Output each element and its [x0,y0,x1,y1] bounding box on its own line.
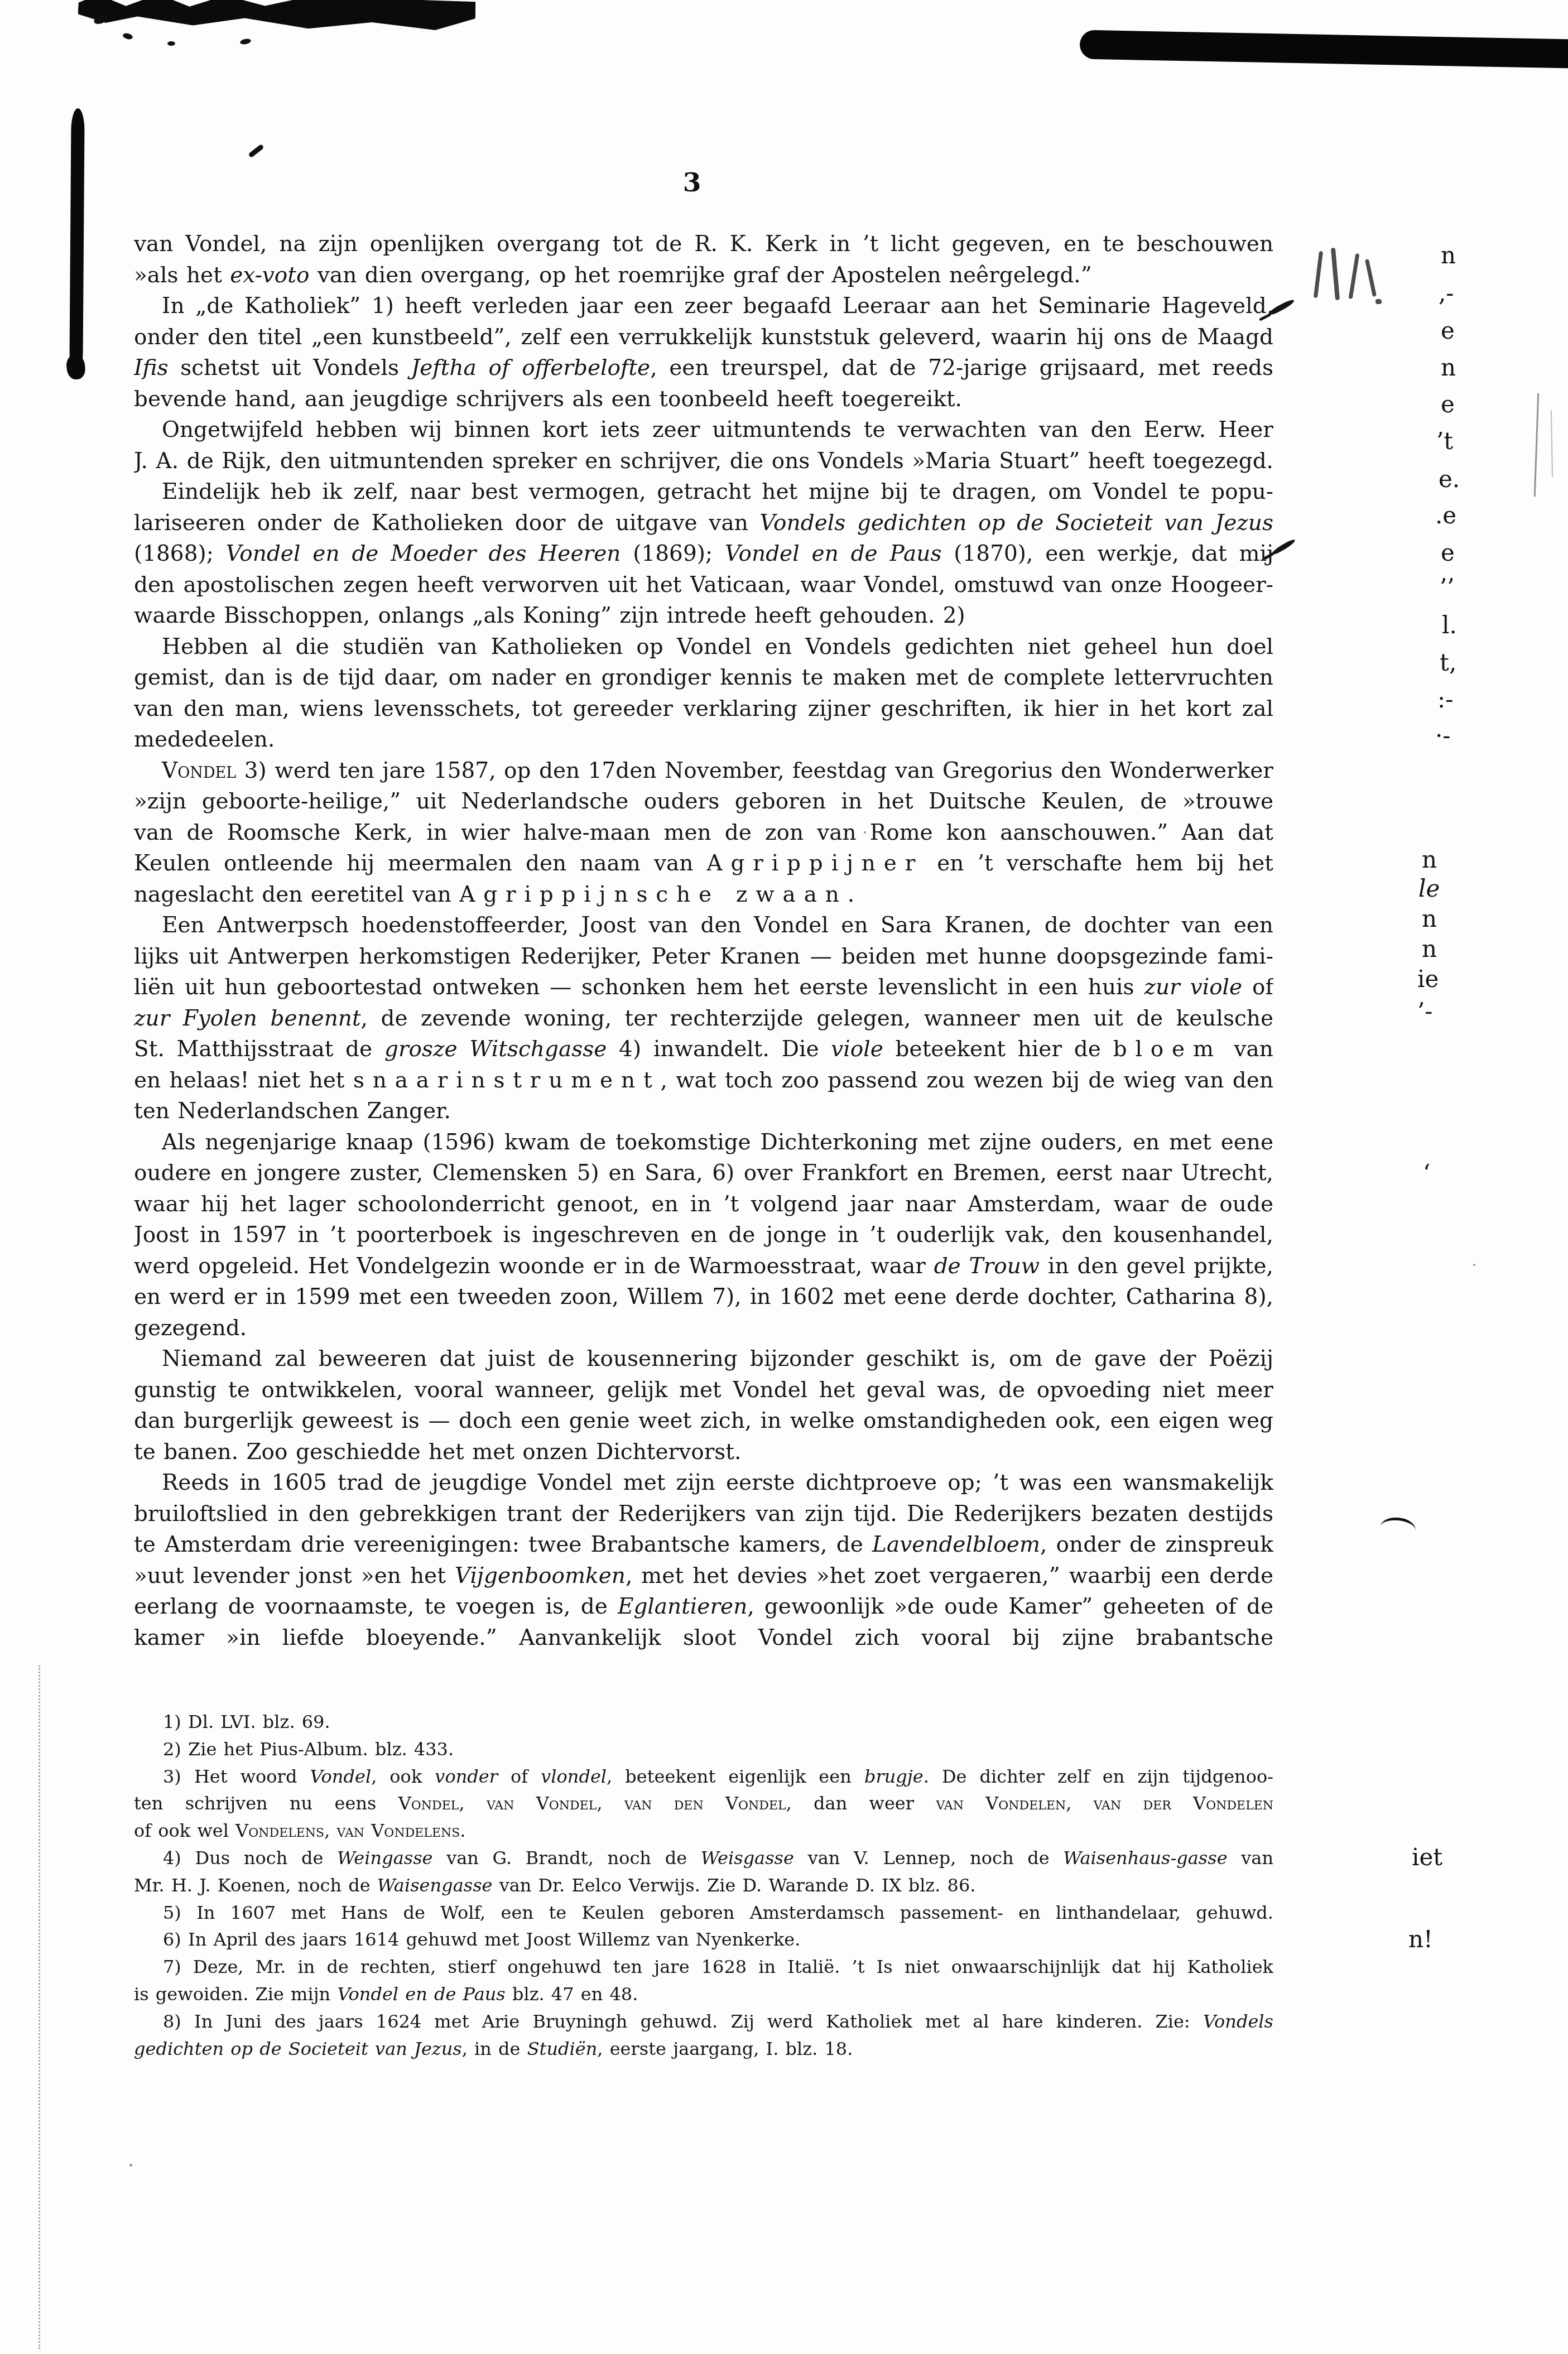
facing-page-text-fragment: n [1441,356,1456,379]
scan-black-bar-top-right [1080,30,1568,69]
facing-page-text-fragment: .e [1435,504,1456,527]
body-line: van de Roomsche Kerk, in wier halve-maan… [134,817,1273,849]
facing-page-text-fragment: ’’ [1440,576,1455,599]
facing-page-text-fragment: e. [1439,468,1460,491]
scan-ink-streak-top-left [78,0,475,35]
body-line: mededeelen. [134,724,1273,755]
facing-page-text-fragment: ,- [1439,282,1454,305]
body-line: dan burgerlijk geweest is — doch een gen… [134,1405,1273,1437]
body-line: onder den titel „een kunstbeeld”, zelf e… [134,322,1273,353]
facing-page-text-fragment: n [1422,937,1437,961]
body-line: kamer »in liefde bloeyende.” Aanvankelij… [134,1623,1273,1654]
body-line: zur Fyolen benennt, de zevende woning, t… [134,1003,1273,1034]
body-line: te banen. Zoo geschiedde het met onzen D… [134,1437,1273,1468]
scan-black-bar-left [69,108,84,375]
ink-blob [167,41,175,46]
body-line: Eindelijk heb ik zelf, naar best vermoge… [134,476,1273,508]
body-line: J. A. de Rijk, den uitmuntenden spreker … [134,446,1273,477]
pen-mark-top [248,144,264,158]
ink-speck [129,2164,132,2167]
body-line: werd opgeleid. Het Vondelgezin woonde er… [134,1251,1273,1282]
footnote-line: 6) In April des jaars 1614 gehuwd met Jo… [134,1926,1273,1953]
facing-page-text-fragment: ie [1417,967,1439,991]
facing-page-text-fragment: :- [1437,688,1453,711]
body-line: oudere en jongere zuster, Clemensken 5) … [134,1158,1273,1189]
footnote-line: 7) Deze, Mr. in de rechten, stierf ongeh… [134,1953,1273,1981]
body-line: Ifis schetst uit Vondels Jeftha of offer… [134,353,1273,384]
body-line: »zijn geboorte-heilige,” uit Nederlandsc… [134,786,1273,817]
scan-scratch [1534,393,1539,497]
body-line: Vondel 3) werd ten jare 1587, op den 17d… [134,755,1273,787]
body-line: Een Antwerpsch hoedenstoffeerder, Joost … [134,910,1273,941]
body-line: bevende hand, aan jeugdige schrijvers al… [134,384,1273,415]
facing-page-text-fragment: e [1441,393,1455,416]
page-number: 3 [134,167,1250,198]
body-line: ten Nederlandschen Zanger. [134,1096,1273,1127]
body-line: lijks uit Antwerpen herkomstigen Rederij… [134,941,1273,973]
facing-page-text-fragment: ‘ [1423,1162,1430,1185]
footnote-line: ten schrijven nu eens Vondel, van Vondel… [134,1790,1273,1817]
pen-wave-mark [1380,1516,1417,1532]
facing-page-text-fragment: ·- [1435,724,1451,748]
body-line: (1868); Vondel en de Moeder des Heeren (… [134,538,1273,570]
footnotes: 1) Dl. LVI. blz. 69.2) Zie het Pius-Albu… [134,1708,1273,2062]
ink-speck [1473,1264,1475,1266]
facing-page-text-fragment: ’- [1417,1000,1433,1023]
facing-page-text-fragment: e [1441,541,1455,565]
body-line: van den man, wiens levensschets, tot ger… [134,694,1273,725]
facing-page-text-fragment: n [1422,907,1437,931]
body-line: van Vondel, na zijn openlijken overgang … [134,229,1273,260]
pen-flourish-right-2 [1271,538,1296,556]
body-line: waar hij het lager schoolonderricht geno… [134,1189,1273,1220]
body-line: Keulen ontleende hij meermalen den naam … [134,848,1273,879]
body-line: gezegend. [134,1313,1273,1344]
footnote-line: 1) Dl. LVI. blz. 69. [134,1708,1273,1736]
footnote-line: 5) In 1607 met Hans de Wolf, een te Keul… [134,1899,1273,1927]
body-line: Als negenjarige knaap (1596) kwam de toe… [134,1127,1273,1158]
scan-dotted-edge [39,1665,40,2349]
facing-page-text-fragment: n [1441,244,1456,267]
body-line: en werd er in 1599 met een tweeden zoon,… [134,1282,1273,1313]
facing-page-text-fragment: t, [1440,651,1456,675]
footnote-line: is gewoiden. Zie mijn Vondel en de Paus … [134,1981,1273,2008]
body-line: Joost in 1597 in ’t poorterboek is inges… [134,1220,1273,1251]
scanned-book-page: 3 van Vondel, na zijn openlijken overgan… [0,0,1568,2354]
ink-blob [122,32,133,40]
footnote-line: Mr. H. J. Koenen, noch de Waisengasse va… [134,1872,1273,1899]
body-line: In „de Katholiek” 1) heeft verleden jaar… [134,291,1273,322]
scan-scratch [1551,410,1553,477]
footnote-line: 8) In Juni des jaars 1624 met Arie Bruyn… [134,2008,1273,2035]
facing-page-text-fragment: n! [1408,1928,1433,1951]
body-line: gemist, dan is de tijd daar, om nader en… [134,662,1273,694]
body-line: Niemand zal beweeren dat juist de kousen… [134,1344,1273,1375]
body-line: waarde Bisschoppen, onlangs „als Koning”… [134,600,1273,632]
body-line: »als het ex-voto van dien overgang, op h… [134,260,1273,291]
ink-blob [239,38,251,45]
footnote-line: 4) Dus noch de Weingasse van G. Brandt, … [134,1845,1273,1872]
facing-page-text-fragment: l. [1442,614,1457,637]
footnote-line: 2) Zie het Pius-Album. blz. 433. [134,1736,1273,1763]
body-line: Hebben al die studiën van Katholieken op… [134,632,1273,663]
body-line: St. Matthijsstraat de grosze Witschgasse… [134,1034,1273,1065]
body-line: »uut levender jonst »en het Vijgenboomke… [134,1561,1273,1592]
pencil-scribble [1309,245,1398,307]
body-text: van Vondel, na zijn openlijken overgang … [134,229,1273,1653]
footnote-line: 3) Het woord Vondel, ook vonder of vlond… [134,1763,1273,1790]
footnote-line: of ook wel Vondelens, van Vondelens. [134,1817,1273,1845]
body-line: te Amsterdam drie vereenigingen: twee Br… [134,1529,1273,1561]
facing-page-text-fragment: ’t [1436,430,1453,453]
body-line: en helaas! niet het snaarinstrument, wat… [134,1065,1273,1096]
facing-page-text-fragment: n [1422,848,1437,872]
body-line: Reeds in 1605 trad de jeugdige Vondel me… [134,1467,1273,1499]
body-line: Ongetwijfeld hebben wij binnen kort iets… [134,415,1273,446]
body-line: den apostolischen zegen heeft verworven … [134,570,1273,601]
facing-page-text-fragment: e [1441,319,1455,343]
body-line: liën uit hun geboortestad ontweken — sch… [134,972,1273,1003]
body-line: bruiloftslied in den gebrekkigen trant d… [134,1499,1273,1530]
body-line: eerlang de voornaamste, te voegen is, de… [134,1591,1273,1623]
facing-page-text-fragment: le [1418,877,1440,901]
body-line: nageslacht den eeretitel van Agrippijnsc… [134,879,1273,911]
body-line: lariseeren onder de Katholieken door de … [134,508,1273,539]
body-line: gunstig te ontwikkelen, vooral wanneer, … [134,1375,1273,1406]
facing-page-text-fragment: iet [1412,1846,1442,1869]
footnote-line: gedichten op de Societeit van Jezus, in … [134,2035,1273,2063]
